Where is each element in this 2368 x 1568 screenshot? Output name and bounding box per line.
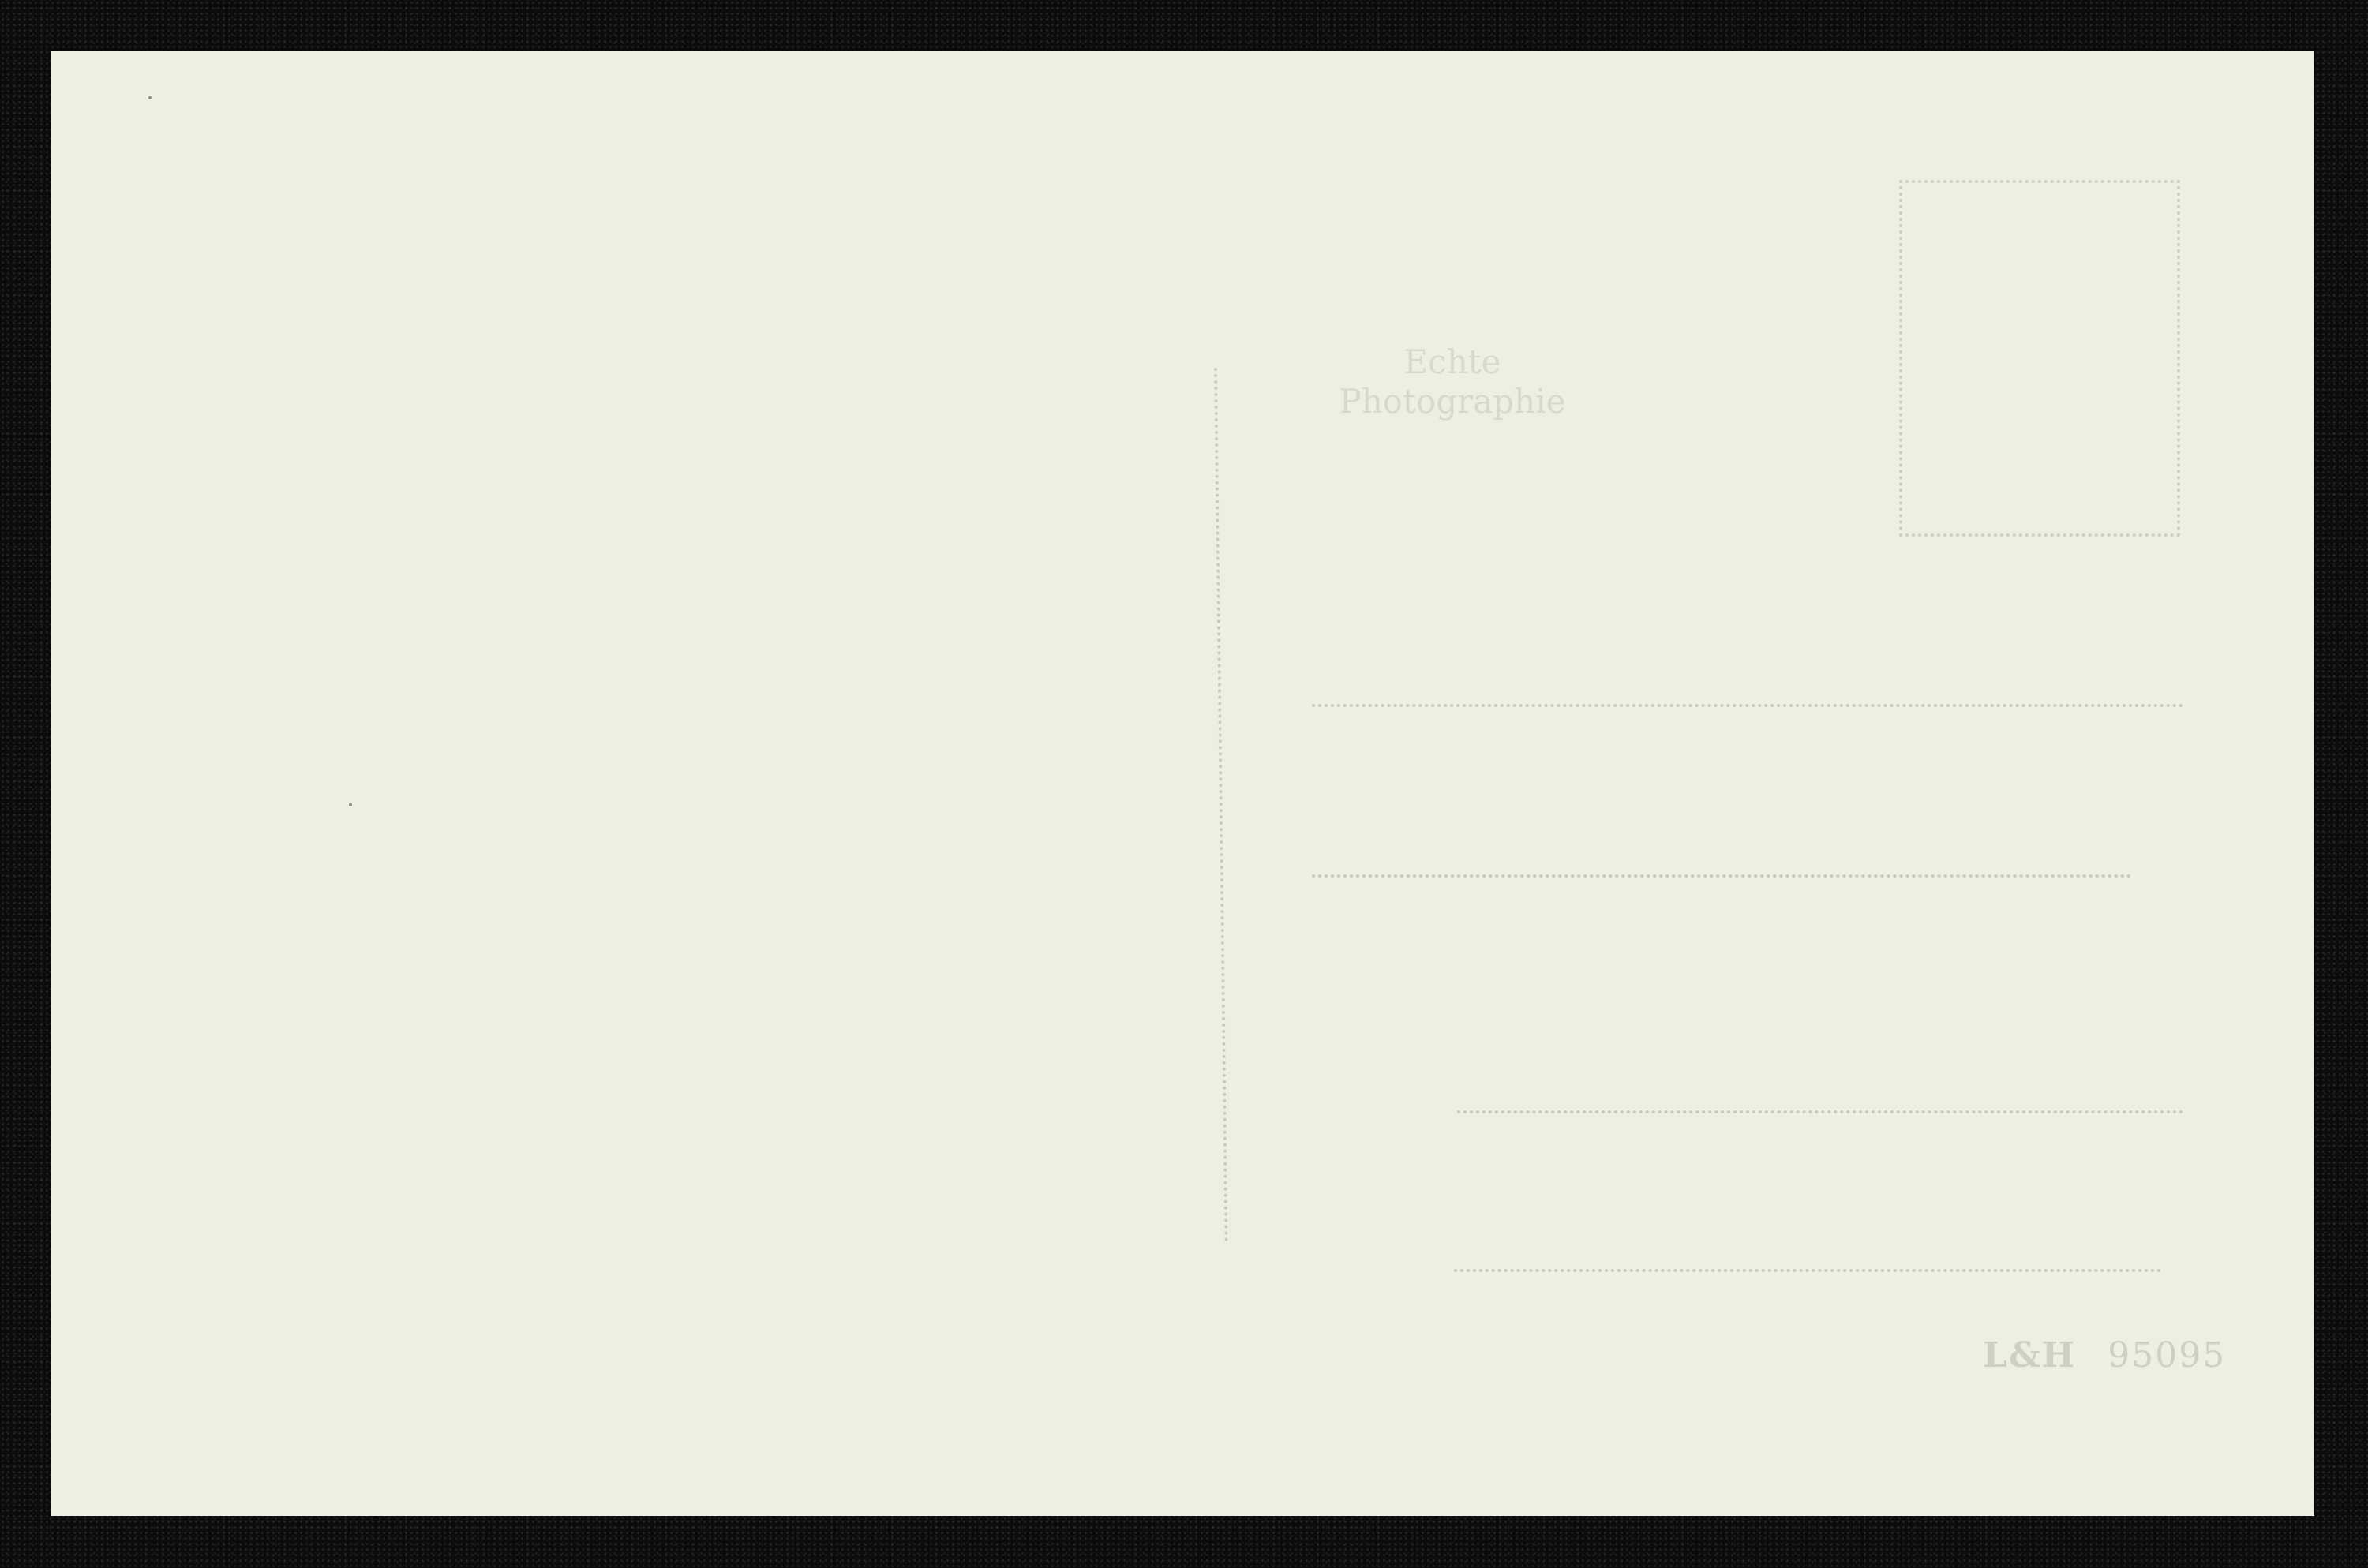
address-line-3	[1457, 1110, 2183, 1113]
imprint-line-1: Echte	[1279, 342, 1626, 382]
center-divider-line	[1214, 368, 1228, 1242]
dust-speck	[148, 96, 152, 99]
imprint-line-2: Photographie	[1279, 382, 1626, 421]
imprint-text: Echte Photographie	[1279, 342, 1626, 421]
address-line-1	[1312, 704, 2183, 707]
publisher-number: 95095	[2108, 1335, 2226, 1375]
dust-speck	[349, 803, 352, 806]
postcard-back: Echte Photographie L&H 95095	[51, 51, 2314, 1516]
address-line-4	[1454, 1269, 2161, 1272]
publisher-mark: L&H 95095	[1983, 1335, 2226, 1375]
stamp-box	[1899, 180, 2180, 537]
address-line-2	[1312, 874, 2131, 878]
publisher-logo: L&H	[1983, 1335, 2076, 1375]
